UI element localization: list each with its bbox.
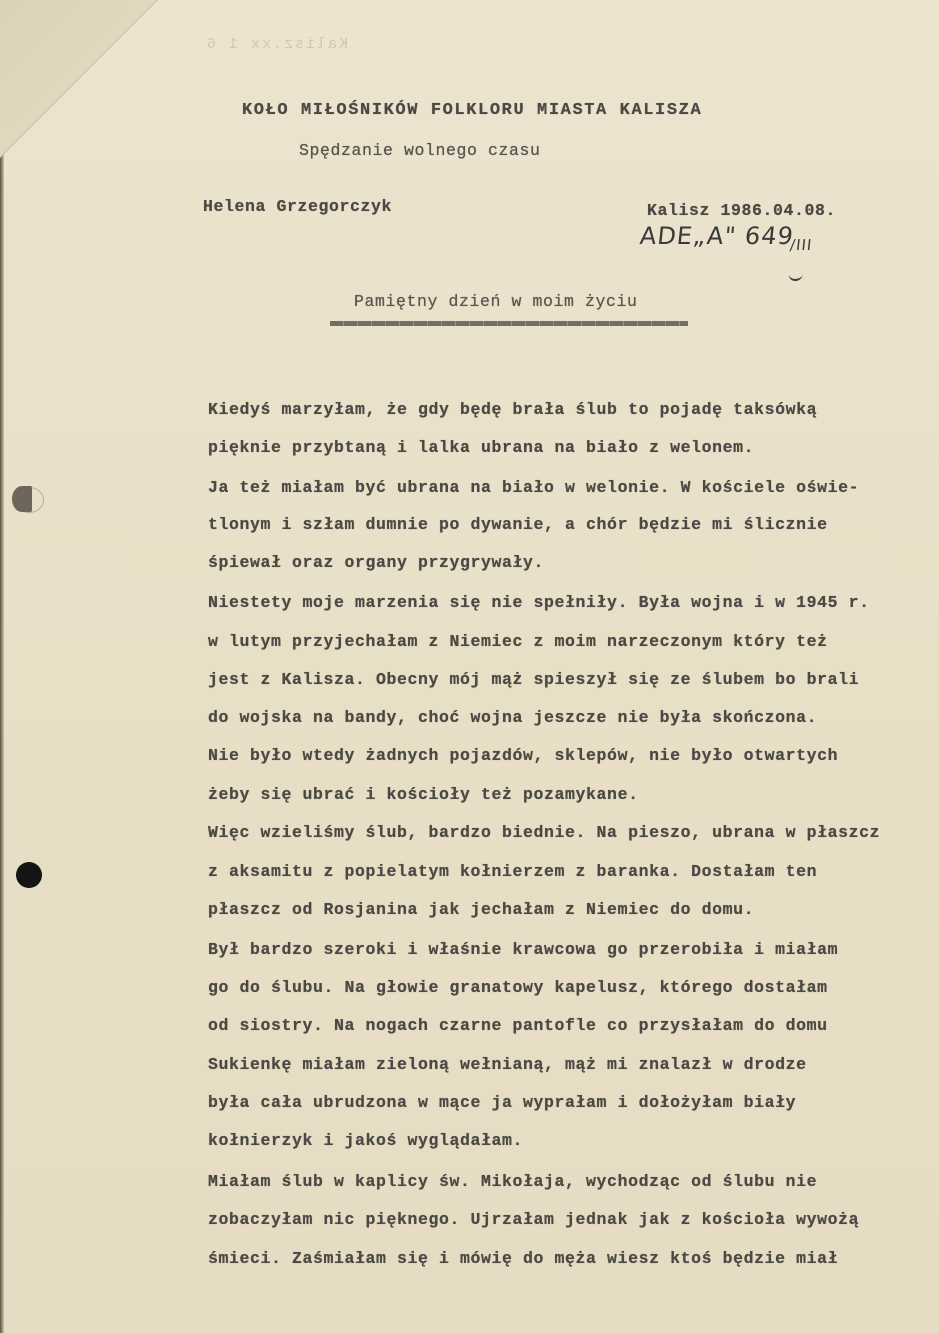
folded-corner [0, 0, 160, 160]
body-line: z aksamitu z popielatym kołnierzem z bar… [208, 862, 817, 881]
organization-heading: KOŁO MIŁOŚNIKÓW FOLKLORU MIASTA KALISZA [242, 101, 702, 120]
archive-signature-fraction: /III [789, 236, 813, 254]
body-line: Miałam ślub w kaplicy św. Mikołaja, wych… [208, 1172, 817, 1191]
body-line: płaszcz od Rosjanina jak jechałam z Niem… [208, 900, 754, 919]
archive-signature-main: ADE„A" 649 [639, 222, 796, 250]
body-line: Był bardzo szeroki i właśnie krawcowa go… [208, 940, 838, 959]
body-line: tlonym i szłam dumnie po dywanie, a chór… [208, 515, 828, 534]
title-underline [330, 321, 688, 326]
body-line: jest z Kalisza. Obecny mój mąż spieszył … [208, 670, 859, 689]
body-line: śpiewał oraz organy przygrywały. [208, 553, 544, 572]
handwritten-tick-mark [788, 272, 803, 281]
body-line: Nie było wtedy żadnych pojazdów, sklepów… [208, 746, 838, 765]
paper-stain-mark [8, 486, 40, 512]
body-line: od siostry. Na nogach czarne pantofle co… [208, 1016, 828, 1035]
body-line: śmieci. Zaśmiałam się i mówię do męża wi… [208, 1249, 838, 1268]
body-line: żeby się ubrać i kościoły też pozamykane… [208, 785, 639, 804]
place-and-date: Kalisz 1986.04.08. [647, 201, 836, 220]
body-line: go do ślubu. Na głowie granatowy kapelus… [208, 978, 828, 997]
author-name: Helena Grzegorczyk [203, 197, 392, 216]
body-line: Kiedyś marzyłam, że gdy będę brała ślub … [208, 400, 817, 419]
body-line: była cała ubrudzona w mące ja wyprałam i… [208, 1093, 796, 1112]
document-subtitle: Spędzanie wolnego czasu [299, 141, 541, 160]
body-line: kołnierzyk i jakoś wyglądałam. [208, 1131, 523, 1150]
hole-punch [16, 862, 42, 888]
body-line: do wojska na bandy, choć wojna jeszcze n… [208, 708, 817, 727]
story-title: Pamiętny dzień w moim życiu [354, 292, 638, 311]
body-line: zobaczyłam nic pięknego. Ujrzałam jednak… [208, 1210, 859, 1229]
document-page: Kalisz.xx 1 6 KOŁO MIŁOŚNIKÓW FOLKLORU M… [0, 0, 939, 1333]
body-line: Sukienkę miałam zieloną wełnianą, mąż mi… [208, 1055, 807, 1074]
body-line: Ja też miałam być ubrana na biało w welo… [208, 478, 859, 497]
body-line: pięknie przybtaną i lalka ubrana na biał… [208, 438, 754, 457]
page-edge-shadow [0, 0, 4, 1333]
stain-spot [12, 486, 32, 512]
body-line: w lutym przyjechałam z Niemiec z moim na… [208, 632, 828, 651]
body-line: Niestety moje marzenia się nie spełniły.… [208, 593, 870, 612]
body-line: Więc wzieliśmy ślub, bardzo biednie. Na … [208, 823, 880, 842]
archive-signature: ADE„A" 649 /III [639, 222, 796, 250]
bleed-through-text: Kalisz.xx 1 6 [205, 36, 348, 53]
